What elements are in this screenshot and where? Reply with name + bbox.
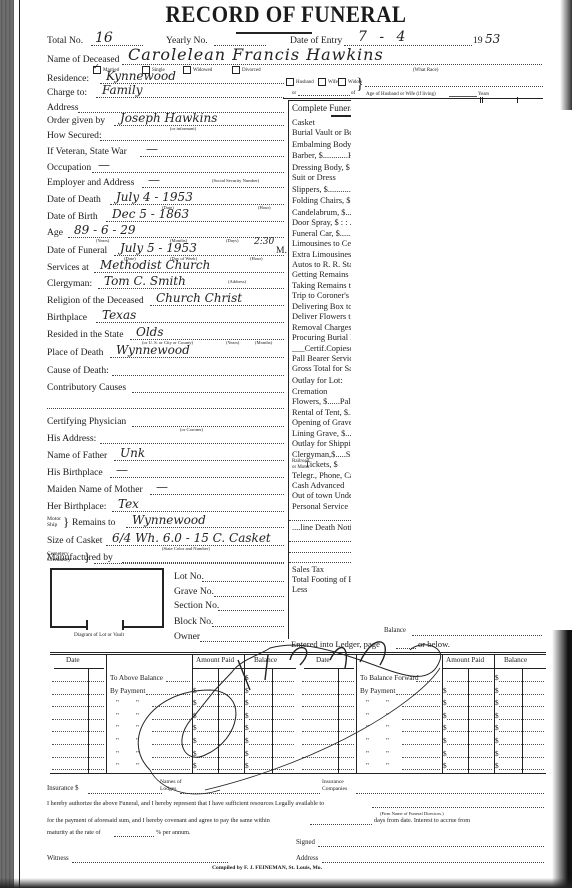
page-shadow-right [552,630,572,888]
page-shadow-bottom [0,878,572,888]
paid-in-full-annotation [0,0,572,888]
